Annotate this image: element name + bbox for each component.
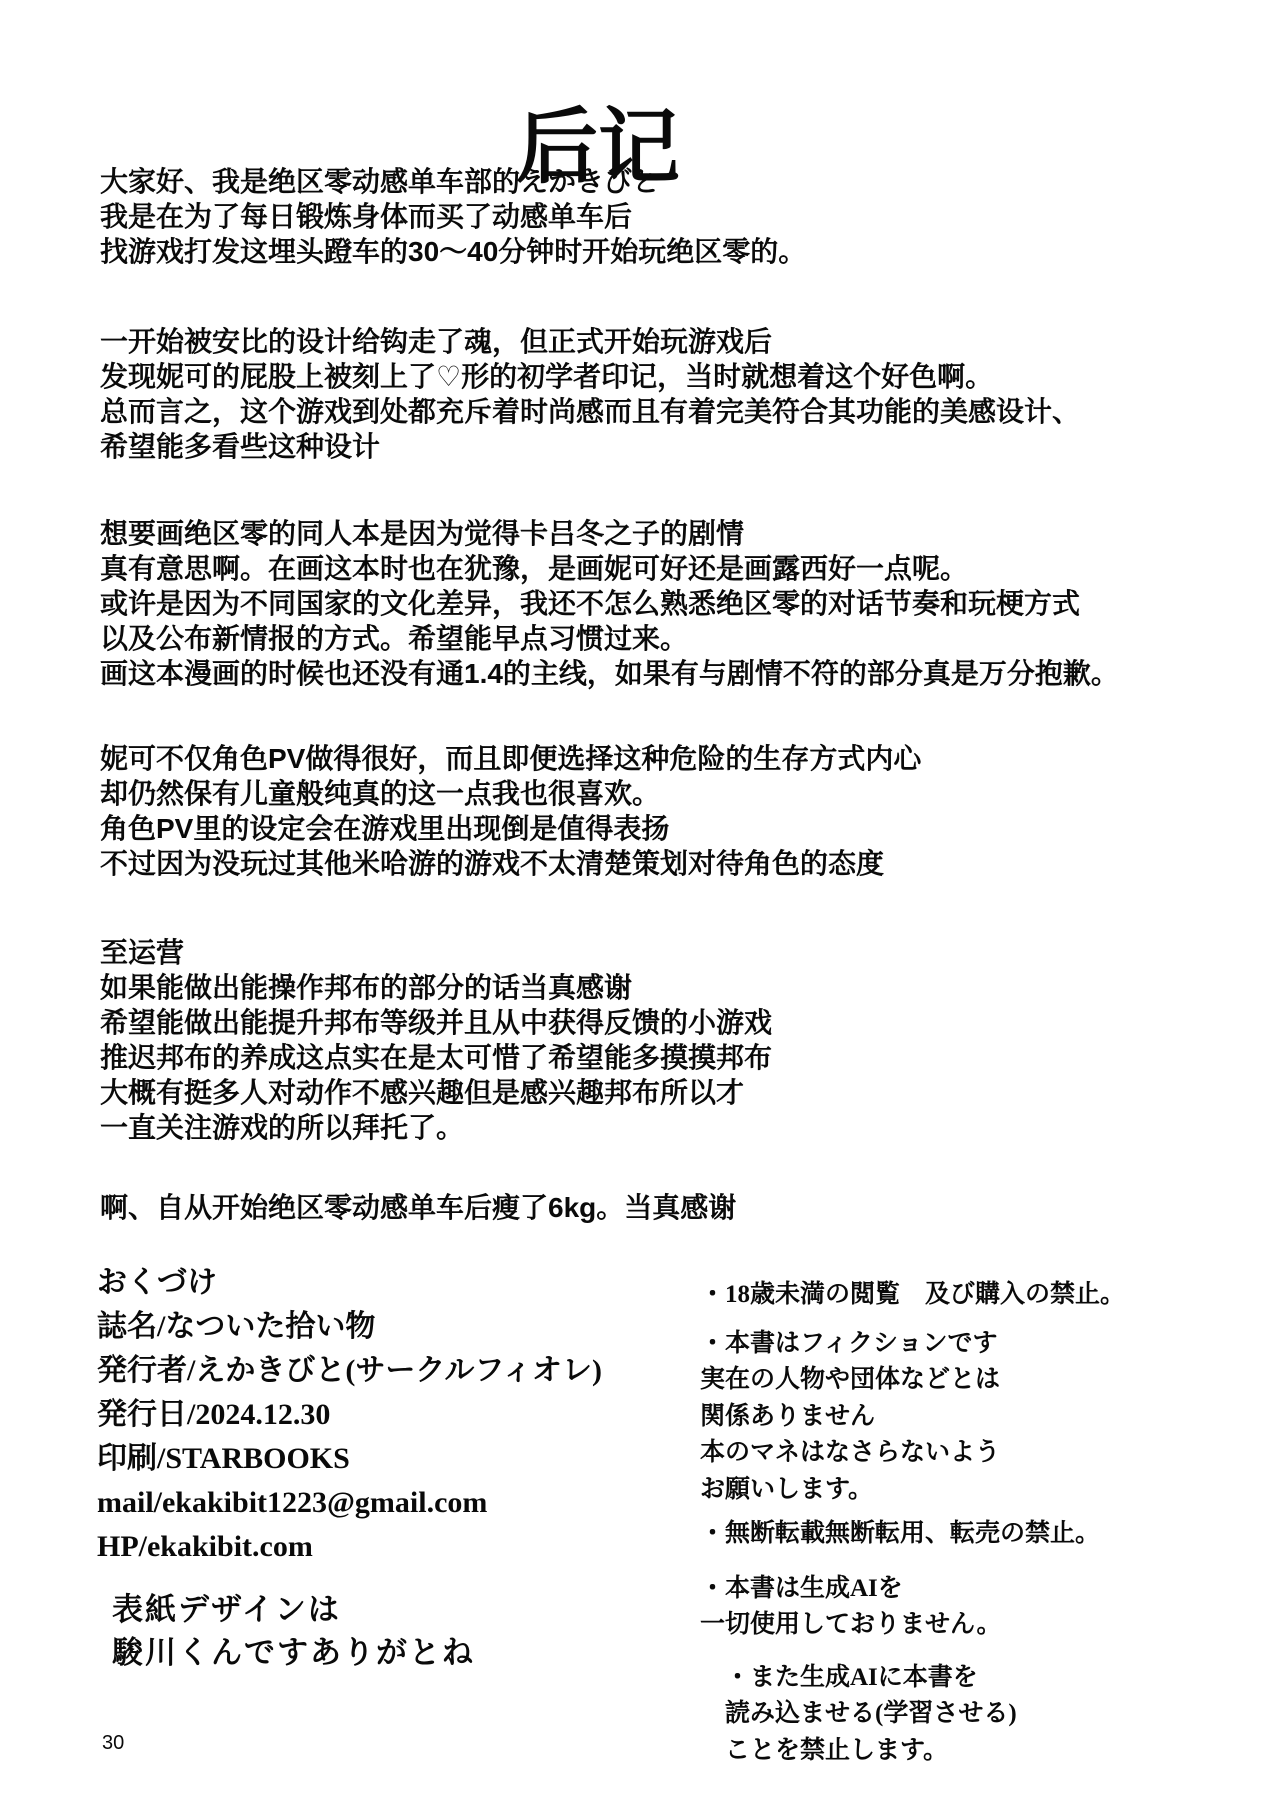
- text-line: 実在の人物や団体などとは: [700, 1362, 1125, 1399]
- text-line: 印刷/STARBOOKS: [97, 1437, 602, 1481]
- text-line: 或许是因为不同国家的文化差异，我还不怎么熟悉绝区零的对话节奏和玩梗方式: [100, 586, 1119, 621]
- text-line: 希望能多看些这种设计: [100, 429, 1080, 464]
- text-line: 誌名/なついた拾い物: [97, 1305, 602, 1349]
- text-line: HP/ekakibit.com: [97, 1525, 602, 1569]
- text-line: 画这本漫画的时候也还没有通1.4的主线，如果有与剧情不符的部分真是万分抱歉。: [100, 656, 1119, 691]
- text-line: 読み込ませる(学習させる): [725, 1696, 1125, 1733]
- text-line: 一切使用しておりません。: [700, 1607, 1125, 1644]
- text-line: 一开始被安比的设计给钩走了魂，但正式开始玩游戏后: [100, 324, 1080, 359]
- text-line: 如果能做出能操作邦布的部分的话当真感谢: [100, 970, 772, 1005]
- text-line: ・無断転載無断転用、転売の禁止。: [700, 1516, 1125, 1553]
- afterword-paragraph-to-devs: 至运营如果能做出能操作邦布的部分的话当真感谢希望能做出能提升邦布等级并且从中获得…: [100, 935, 772, 1145]
- text-line: 一直关注游戏的所以拜托了。: [100, 1110, 772, 1145]
- notice-no-generative-ai: ・本書は生成AIを一切使用しておりません。: [700, 1571, 1125, 1644]
- afterword-paragraph-thanks: 啊、自从开始绝区零动感单车后瘦了6kg。当真感谢: [100, 1190, 736, 1225]
- text-line: 発行日/2024.12.30: [97, 1393, 602, 1437]
- text-line: ・本書は生成AIを: [700, 1571, 1125, 1608]
- text-line: 不过因为没玩过其他米哈游的游戏不太清楚策划对待角色的态度: [100, 846, 921, 881]
- text-line: 推迟邦布的养成这点实在是太可惜了希望能多摸摸邦布: [100, 1040, 772, 1075]
- text-line: 至运营: [100, 935, 772, 970]
- colophon-block: おくづけ誌名/なついた拾い物発行者/えかきびと(サークルフィオレ)発行日/202…: [97, 1261, 602, 1569]
- text-line: 我是在为了每日锻炼身体而买了动感单车后: [100, 199, 806, 234]
- text-line: 本のマネはなさらないよう: [700, 1435, 1125, 1472]
- text-line: 发现妮可的屁股上被刻上了♡形的初学者印记，当时就想着这个好色啊。: [100, 359, 1080, 394]
- cover-design-note: 表紙デザインは駿川くんですありがとね: [112, 1588, 475, 1674]
- afterword-paragraph-intro: 大家好、我是绝区零动感单车部的えかきびと我是在为了每日锻炼身体而买了动感单车后找…: [100, 164, 806, 269]
- text-line: 発行者/えかきびと(サークルフィオレ): [97, 1349, 602, 1393]
- text-line: 真有意思啊。在画这本时也在犹豫，是画妮可好还是画露西好一点呢。: [100, 551, 1119, 586]
- text-line: 找游戏打发这埋头蹬车的30〜40分钟时开始玩绝区零的。: [100, 234, 806, 269]
- afterword-page: 后记 大家好、我是绝区零动感单车部的えかきびと我是在为了每日锻炼身体而买了动感单…: [0, 0, 1280, 1817]
- text-line: ことを禁止します。: [725, 1733, 1125, 1770]
- afterword-paragraph-design: 一开始被安比的设计给钩走了魂，但正式开始玩游戏后发现妮可的屁股上被刻上了♡形的初…: [100, 324, 1080, 464]
- afterword-paragraph-story: 想要画绝区零的同人本是因为觉得卡吕冬之子的剧情真有意思啊。在画这本时也在犹豫，是…: [100, 516, 1119, 691]
- text-line: 以及公布新情报的方式。希望能早点习惯过来。: [100, 621, 1119, 656]
- notice-no-reproduction: ・無断転載無断転用、転売の禁止。: [700, 1516, 1125, 1553]
- text-line: 表紙デザインは: [112, 1588, 475, 1631]
- text-line: 希望能做出能提升邦布等级并且从中获得反馈的小游戏: [100, 1005, 772, 1040]
- afterword-paragraph-nicole: 妮可不仅角色PV做得很好，而且即便选择这种危险的生存方式内心却仍然保有儿童般纯真…: [100, 741, 921, 881]
- text-line: 関係ありません: [700, 1399, 1125, 1436]
- text-line: お願いします。: [700, 1472, 1125, 1509]
- page-number: 30: [102, 1732, 124, 1755]
- text-line: ・また生成AIに本書を: [725, 1660, 1125, 1697]
- notice-fiction-disclaimer: ・本書はフィクションです実在の人物や団体などとは関係ありません本のマネはなさらな…: [700, 1326, 1125, 1509]
- text-line: 总而言之，这个游戏到处都充斥着时尚感而且有着完美符合其功能的美感设计、: [100, 394, 1080, 429]
- text-line: ・本書はフィクションです: [700, 1326, 1125, 1363]
- notice-no-ai-training: ・また生成AIに本書を読み込ませる(学習させる)ことを禁止します。: [725, 1660, 1125, 1770]
- text-line: おくづけ: [97, 1261, 602, 1305]
- text-line: 大家好、我是绝区零动感单车部的えかきびと: [100, 164, 806, 199]
- notice-age-restriction: ・18歳未満の閲覧 及び購入の禁止。: [700, 1277, 1125, 1314]
- text-line: 大概有挺多人对动作不感兴趣但是感兴趣邦布所以才: [100, 1075, 772, 1110]
- text-line: 啊、自从开始绝区零动感单车后瘦了6kg。当真感谢: [100, 1190, 736, 1225]
- text-line: 駿川くんですありがとね: [112, 1631, 475, 1674]
- text-line: 却仍然保有儿童般纯真的这一点我也很喜欢。: [100, 776, 921, 811]
- text-line: 角色PV里的设定会在游戏里出现倒是值得表扬: [100, 811, 921, 846]
- text-line: mail/ekakibit1223@gmail.com: [97, 1481, 602, 1525]
- disclaimer-column: ・18歳未満の閲覧 及び購入の禁止。 ・本書はフィクションです実在の人物や団体な…: [700, 1277, 1125, 1769]
- text-line: 妮可不仅角色PV做得很好，而且即便选择这种危险的生存方式内心: [100, 741, 921, 776]
- text-line: ・18歳未満の閲覧 及び購入の禁止。: [700, 1277, 1125, 1314]
- text-line: 想要画绝区零的同人本是因为觉得卡吕冬之子的剧情: [100, 516, 1119, 551]
